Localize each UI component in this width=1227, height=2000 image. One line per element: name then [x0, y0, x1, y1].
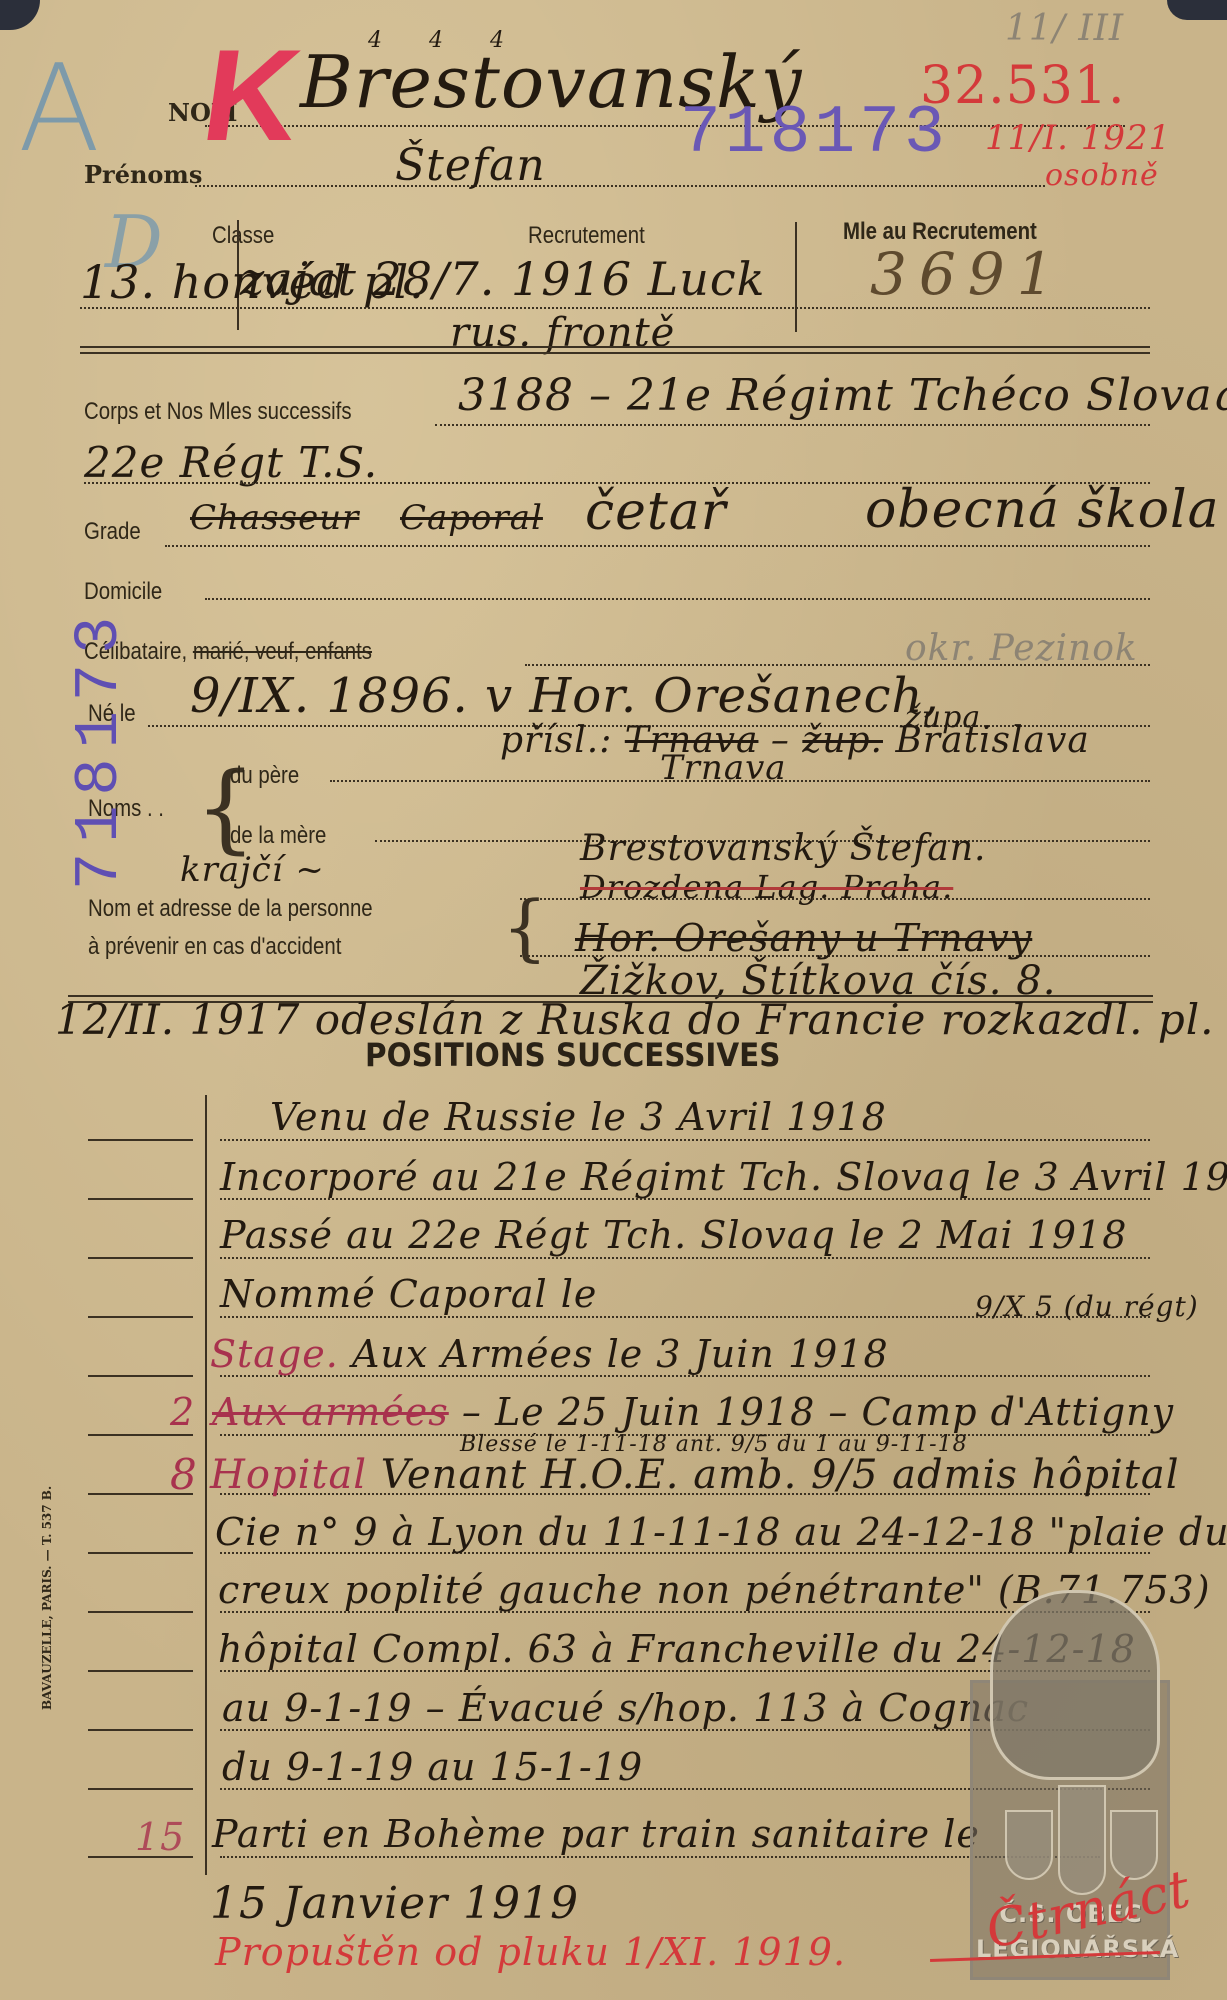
positions-margin-rule — [205, 1095, 207, 1875]
position-row: Hopital Venant H.O.E. amb. 9/5 admis hôp… — [210, 1452, 1180, 1498]
position-text: Venant H.O.E. amb. 9/5 admis hôpital — [381, 1452, 1180, 1498]
education-value: obecná škola — [865, 480, 1220, 540]
label-corps: Corps et Nos Mles successifs — [84, 398, 352, 426]
positions-title: POSITIONS SUCCESSIVES — [365, 1036, 780, 1074]
position-row: Cie n° 9 à Lyon du 11-11-18 au 24-12-18 … — [215, 1510, 1227, 1554]
red-note-osobne: osobně — [1045, 158, 1159, 193]
position-text: Aux Armées le 3 Juin 1918 — [352, 1332, 889, 1376]
position-prefix: Aux armées — [212, 1390, 449, 1434]
coat-of-arms-icon — [1005, 1810, 1053, 1880]
position-margin-number: 8 — [170, 1450, 198, 1499]
position-prefix: Hopital — [210, 1452, 367, 1498]
label-prenoms: Prénoms — [84, 160, 202, 189]
position-continuation: 15 Janvier 1919 — [210, 1878, 579, 1929]
position-prefix: Stage. — [210, 1332, 339, 1376]
kraj-note: krajčí ~ — [180, 850, 325, 890]
position-row: au 9-1-19 – Évacué s/hop. 113 à Cognac — [222, 1686, 1029, 1730]
position-row: Stage. Aux Armées le 3 Juin 1918 — [210, 1332, 889, 1376]
margin-dash — [88, 1788, 193, 1790]
mother-struck: Drozdena Lag. Praha. — [580, 868, 953, 906]
father-value: Trnava — [660, 748, 787, 788]
prisl-line: přísl.: Trnava – žup. Bratislava — [500, 720, 1090, 761]
position-row: Passé au 22e Régt Tch. Slovaq le 2 Mai 1… — [220, 1213, 1127, 1257]
contact-line-1 — [520, 898, 1150, 900]
recrutement-value: zajat 28/7. 1916 Luck — [240, 252, 766, 306]
position-text: – Le 25 Juin 1918 – Camp d'Attigny — [462, 1390, 1174, 1434]
margin-dash — [88, 1434, 193, 1436]
corps-line2: 22e Régt T.S. — [84, 438, 378, 487]
grade-struck-caporal: Caporal — [400, 498, 543, 538]
position-row: Parti en Bohème par train sanitaire le — [212, 1812, 980, 1856]
red-release-note: Propuštěn od pluku 1/XI. 1919. — [215, 1930, 846, 1974]
margin-dash — [88, 1670, 193, 1672]
prisl-value: Bratislava — [895, 720, 1089, 761]
label-contact-line2: à prévenir en cas d'accident — [88, 933, 341, 961]
row-line — [220, 1257, 1150, 1259]
pencil-note-top-right: 11/ III — [1005, 8, 1124, 49]
pencil-note-pezinok: okr. Pezinok — [905, 628, 1138, 669]
legion-record-card: A D NOM K Brestovanský 4 4 4 718173 11/ … — [0, 0, 1227, 2000]
label-contact-line1: Nom et adresse de la personne — [88, 895, 373, 923]
matricule-value: 3691 — [870, 240, 1066, 308]
label-domicile: Domicile — [84, 578, 162, 606]
row-line — [220, 1139, 1150, 1141]
margin-dash — [88, 1375, 193, 1377]
position-right-note: 9/X 5 (du régt) — [975, 1290, 1199, 1323]
recrutement-text: zajat 28/7. 1916 Luck — [240, 252, 766, 306]
margin-dash — [88, 1198, 193, 1200]
soldier-helmet-icon — [990, 1590, 1160, 1780]
corps-line — [435, 424, 1150, 426]
red-reference-number: 32.531. — [920, 56, 1125, 116]
prisl-struck-zup: žup. — [802, 720, 883, 761]
margin-dash — [88, 1316, 193, 1318]
position-row: du 9-1-19 au 15-1-19 — [222, 1745, 643, 1789]
label-du-pere: du père — [230, 762, 299, 790]
grade-struck-chasseur: Chasseur — [190, 498, 359, 538]
label-grade: Grade — [84, 518, 141, 546]
scan-background-corner — [0, 0, 40, 30]
margin-dash — [88, 1139, 193, 1141]
section-rule — [80, 346, 1150, 348]
record-number-stamp: 718173 — [680, 95, 949, 172]
margin-dash — [88, 1552, 193, 1554]
recrutement-line2: rus. frontě — [450, 310, 675, 356]
position-row: Aux armées – Le 25 Juin 1918 – Camp d'At… — [212, 1390, 1174, 1434]
printer-mark: BAVAUZELLE, PARIS. — T. 537 B. — [40, 1486, 54, 1710]
corps-value: 3188 – 21e Régimt Tchéco Slovaque — [458, 370, 1227, 421]
label-classe: Classe — [212, 222, 274, 250]
margin-dash — [88, 1729, 193, 1731]
position-margin-number: 15 — [135, 1815, 185, 1859]
position-row: Nommé Caporal le — [220, 1272, 597, 1316]
etat-civil-struck: marié, veuf, enfants — [193, 638, 372, 665]
column-divider — [795, 222, 797, 332]
position-row: Venu de Russie le 3 Avril 1918 — [270, 1095, 887, 1139]
position-margin-number: 2 — [170, 1390, 195, 1434]
mother-value: Brestovanský Štefan. — [580, 828, 987, 869]
given-name-value: Štefan — [395, 140, 546, 191]
vertical-record-number-stamp: 718173 — [64, 607, 135, 890]
margin-dash — [88, 1257, 193, 1259]
label-de-la-mere: de la mère — [230, 822, 326, 850]
red-date: 11/I. 1921 — [985, 118, 1171, 158]
born-value: 9/IX. 1896. v Hor. Orešanech, — [190, 668, 940, 724]
prenoms-line — [195, 185, 1045, 187]
grade-line — [165, 545, 1150, 547]
surname-marks: 4 4 4 — [368, 28, 524, 53]
red-k-stamp: K — [194, 20, 309, 170]
contact-struck: Hor. Orešany u Trnavy — [575, 916, 1032, 960]
margin-dash — [88, 1611, 193, 1613]
grade-value: četař — [585, 482, 727, 542]
label-recrutement: Recrutement — [528, 222, 645, 250]
scan-background-corner — [1167, 0, 1227, 20]
domicile-line — [205, 598, 1150, 600]
blue-pencil-a: A — [18, 40, 101, 179]
position-row: Incorporé au 21e Régimt Tch. Slovaq le 3… — [220, 1155, 1227, 1199]
prisl-prefix: přísl.: — [500, 720, 612, 761]
section-rule — [80, 352, 1150, 354]
